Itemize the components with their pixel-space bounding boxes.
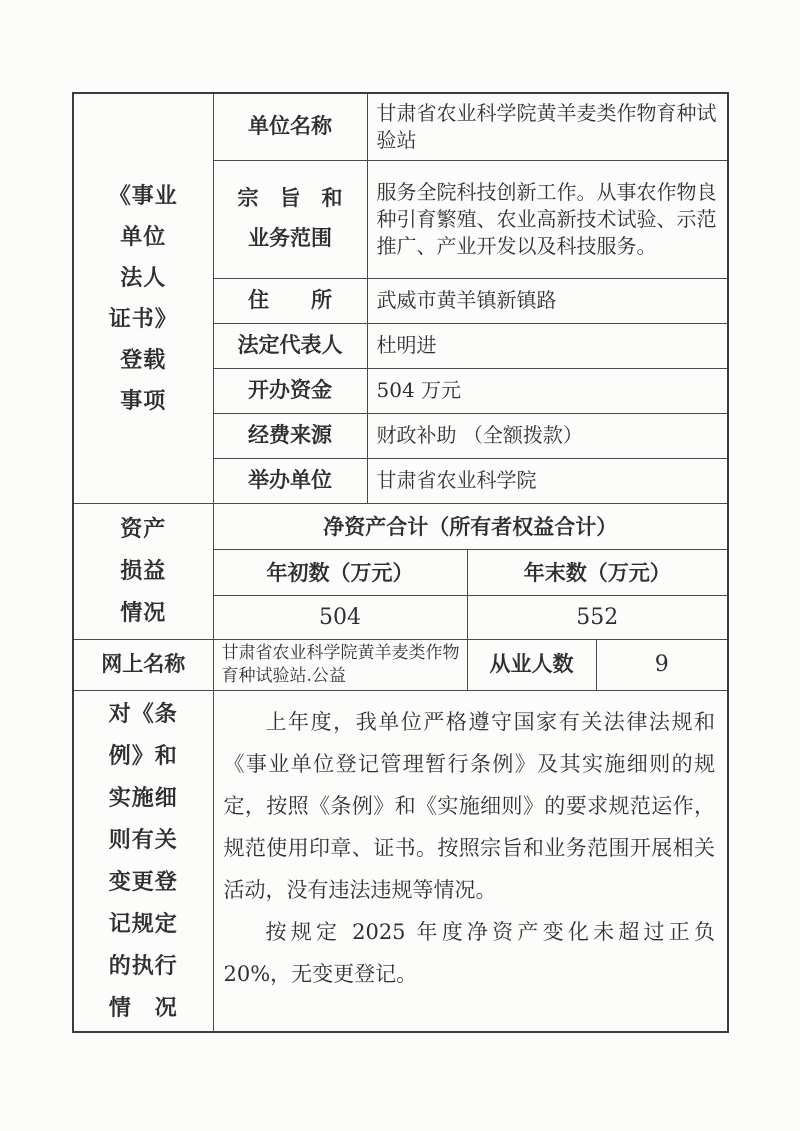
value-address: 武威市黄羊镇新镇路 — [367, 278, 728, 323]
side-line: 登载 — [80, 339, 207, 380]
value-online-name: 甘肃省农业科学院黄羊麦类作物育种试验站.公益 — [213, 639, 467, 690]
side-line: 情况 — [80, 592, 207, 634]
label-staff-count: 从业人数 — [467, 639, 596, 690]
side-line: 事项 — [80, 380, 207, 421]
side-line: 单位 — [80, 216, 207, 257]
side-line: 损益 — [80, 550, 207, 592]
begin-of-year-header: 年初数（万元） — [213, 549, 467, 595]
section-header-assets: 资产 损益 情况 — [73, 503, 213, 639]
value-sponsor-unit: 甘肃省农业科学院 — [367, 458, 728, 503]
value-opening-capital: 504 万元 — [367, 368, 728, 413]
value-staff-count: 9 — [596, 639, 728, 690]
compliance-paragraph-2: 按规定 2025 年度净资产变化未超过正负 20%，无变更登记。 — [224, 911, 716, 995]
compliance-statement-cell: 上年度，我单位严格遵守国家有关法律法规和《事业单位登记管理暂行条例》及其实施细则… — [213, 690, 728, 1032]
side-line: 《事业 — [80, 175, 207, 216]
row-unit-name: 《事业 单位 法人 证书》 登载 事项 单位名称 甘肃省农业科学院黄羊麦类作物育… — [73, 93, 728, 160]
value-funding-source: 财政补助 （全额拨款） — [367, 413, 728, 458]
side-line: 证书》 — [80, 298, 207, 339]
side-line: 对《条 — [80, 693, 207, 735]
side-line: 资产 — [80, 508, 207, 550]
label-online-name: 网上名称 — [73, 639, 213, 690]
section-header-compliance: 对《条 例》和 实施细 则有关 变更登 记规定 的执行 情 况 — [73, 690, 213, 1032]
net-assets-total-header: 净资产合计（所有者权益合计） — [213, 503, 728, 549]
label-sponsor-unit: 举办单位 — [213, 458, 367, 503]
value-unit-name: 甘肃省农业科学院黄羊麦类作物育种试验站 — [367, 93, 728, 160]
side-line: 的执行 — [80, 945, 207, 987]
side-line: 法人 — [80, 257, 207, 298]
end-of-year-header: 年末数（万元） — [467, 549, 728, 595]
value-mission: 服务全院科技创新工作。从事农作物良种引育繁殖、农业高新技术试验、示范推广、产业开… — [367, 160, 728, 278]
registration-form-table: 《事业 单位 法人 证书》 登载 事项 单位名称 甘肃省农业科学院黄羊麦类作物育… — [72, 92, 729, 1033]
label-unit-name: 单位名称 — [213, 93, 367, 160]
side-line: 实施细 — [80, 777, 207, 819]
row-compliance: 对《条 例》和 实施细 则有关 变更登 记规定 的执行 情 况 上年度，我单位严… — [73, 690, 728, 1032]
side-line: 记规定 — [80, 903, 207, 945]
side-line: 情 况 — [80, 987, 207, 1029]
side-line: 变更登 — [80, 861, 207, 903]
side-line: 例》和 — [80, 735, 207, 777]
section-header-certificate: 《事业 单位 法人 证书》 登载 事项 — [73, 93, 213, 503]
end-of-year-value: 552 — [467, 595, 728, 639]
value-legal-representative: 杜明进 — [367, 323, 728, 368]
label-mission: 宗 旨 和 业务范围 — [213, 160, 367, 278]
scanned-page: 《事业 单位 法人 证书》 登载 事项 单位名称 甘肃省农业科学院黄羊麦类作物育… — [0, 0, 800, 1131]
begin-of-year-value: 504 — [213, 595, 467, 639]
compliance-paragraph-1: 上年度，我单位严格遵守国家有关法律法规和《事业单位登记管理暂行条例》及其实施细则… — [224, 701, 716, 911]
side-line: 则有关 — [80, 819, 207, 861]
label-funding-source: 经费来源 — [213, 413, 367, 458]
label-opening-capital: 开办资金 — [213, 368, 367, 413]
label-legal-representative: 法定代表人 — [213, 323, 367, 368]
row-online-name: 网上名称 甘肃省农业科学院黄羊麦类作物育种试验站.公益 从业人数 9 — [73, 639, 728, 690]
label-address: 住 所 — [213, 278, 367, 323]
row-net-assets-header: 资产 损益 情况 净资产合计（所有者权益合计） — [73, 503, 728, 549]
